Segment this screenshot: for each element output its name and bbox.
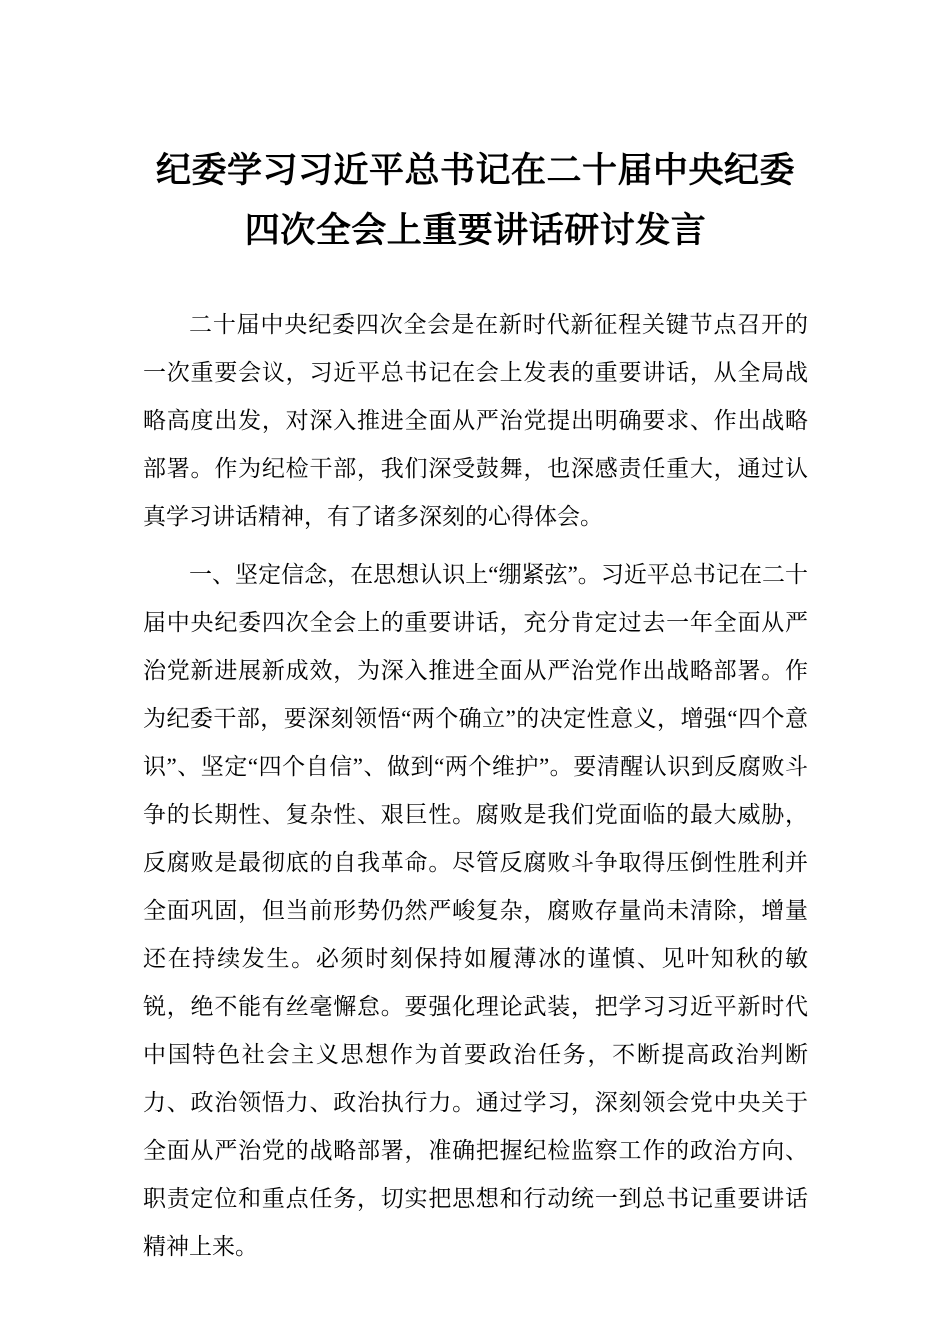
paragraph-intro: 二十届中央纪委四次全会是在新时代新征程关键节点召开的一次重要会议，习近平总书记在… (143, 301, 808, 541)
document-title: 纪委学习习近平总书记在二十届中央纪委 四次全会上重要讲话研讨发言 (143, 141, 808, 261)
document-page: 纪委学习习近平总书记在二十届中央纪委 四次全会上重要讲话研讨发言 二十届中央纪委… (0, 0, 950, 1344)
document-body: 二十届中央纪委四次全会是在新时代新征程关键节点召开的一次重要会议，习近平总书记在… (143, 301, 808, 1271)
document-title-line-1: 纪委学习习近平总书记在二十届中央纪委 (143, 141, 808, 201)
paragraph-section-1: 一、坚定信念，在思想认识上“绷紧弦”。习近平总书记在二十届中央纪委四次全会上的重… (143, 551, 808, 1271)
document-title-line-2: 四次全会上重要讲话研讨发言 (143, 201, 808, 261)
